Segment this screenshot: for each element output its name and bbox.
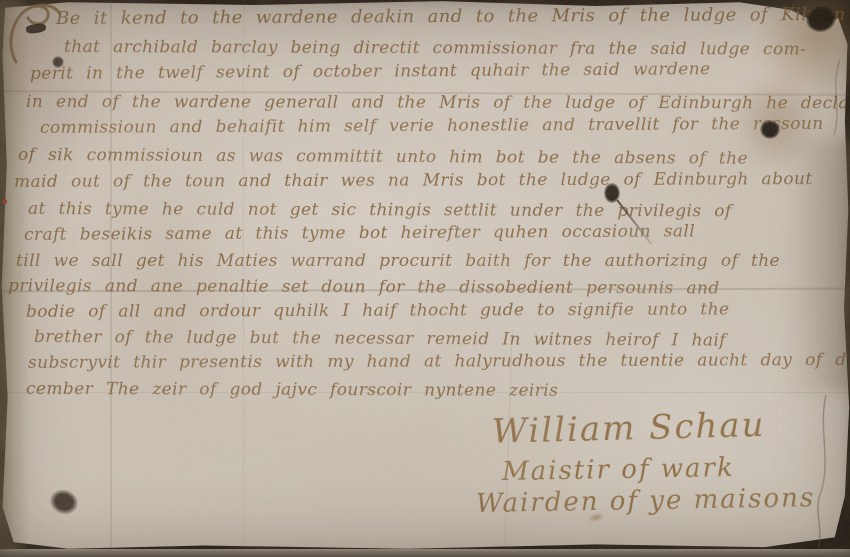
manuscript-line-7: maid out of the toun and thair wes na Mr…: [14, 166, 846, 195]
signature-title-2: Wairden of ye maisons: [476, 483, 816, 519]
manuscript-line-3: perit in the twelf sevint of october ins…: [30, 55, 846, 87]
manuscript-line-9: craft beseikis same at this tyme bot hei…: [24, 218, 846, 248]
signature-name: William Schau: [491, 405, 766, 452]
manuscript-line-12: bodie of all and ordour quhilk I haif th…: [26, 296, 846, 325]
manuscript-line-5: commissioun and behaifit him self verie …: [40, 111, 846, 141]
manuscript-line-1: Be it kend to the wardene deakin and to …: [56, 2, 846, 32]
manuscript-line-10: till we sall get his Maties warrand proc…: [16, 248, 846, 274]
manuscript-photo: Be it kend to the wardene deakin and to …: [0, 0, 850, 557]
manuscript-line-15: cember The zeir of god jajvc fourscoir n…: [26, 376, 846, 405]
signature-title-1: Maistir of wark: [502, 453, 735, 487]
manuscript-line-14: subscryvit thir presentis with my hand a…: [28, 347, 846, 376]
